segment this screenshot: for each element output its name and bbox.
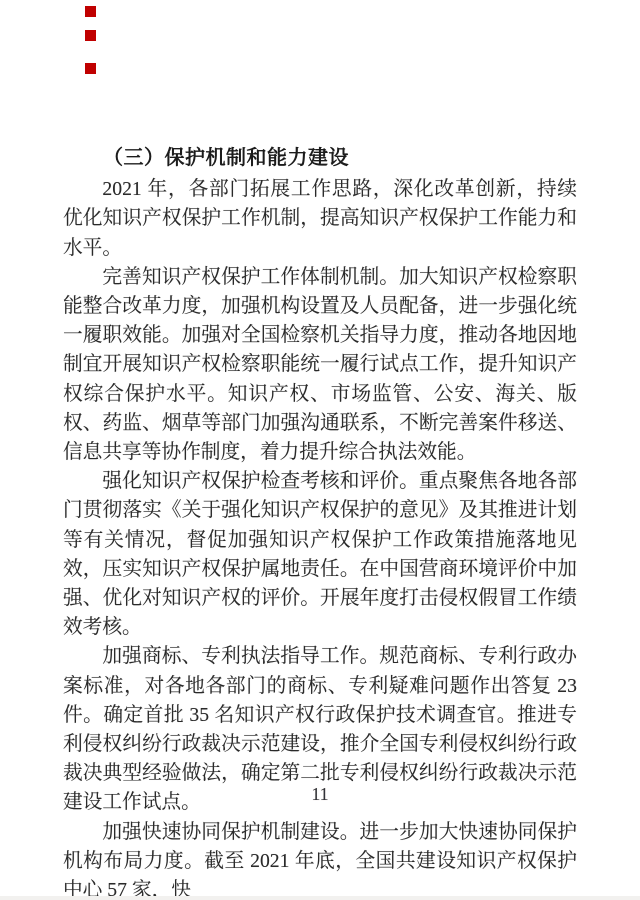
section-heading: （三）保护机制和能力建设 xyxy=(63,144,577,173)
page-number: 11 xyxy=(0,784,640,804)
paragraph: 加强快速协同保护机制建设。进一步加大快速协同保护机构布局力度。截至 2021 年… xyxy=(63,818,577,900)
document-page: （三）保护机制和能力建设 2021 年，各部门拓展工作思路，深化改革创新，持续优… xyxy=(0,0,640,900)
red-marker xyxy=(85,30,96,41)
paragraph: 完善知识产权保护工作体制机制。加大知识产权检察职能整合改革力度，加强机构设置及人… xyxy=(63,263,577,467)
paragraph: 2021 年，各部门拓展工作思路，深化改革创新，持续优化知识产权保护工作机制，提… xyxy=(63,175,577,263)
paragraph: 强化知识产权保护检查考核和评价。重点聚焦各地各部门贯彻落实《关于强化知识产权保护… xyxy=(63,467,577,642)
page-bottom-edge xyxy=(0,896,640,900)
red-marker xyxy=(85,6,96,17)
red-marker xyxy=(85,63,96,74)
